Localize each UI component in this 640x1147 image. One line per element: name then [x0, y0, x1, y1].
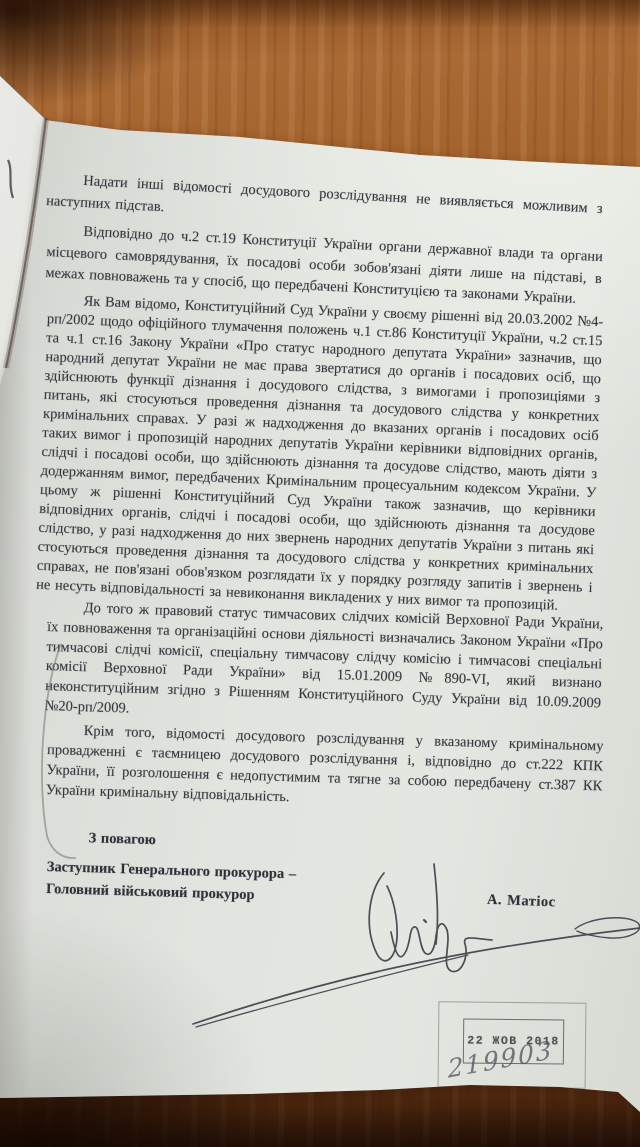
signer-name: А. Матіос [487, 889, 556, 914]
page-photo: { "document": { "paragraphs": [ "Надати … [0, 0, 640, 1147]
document-page: Надати інші відомості досудового розслід… [0, 0, 640, 1147]
closing-block: З повагою Заступник Генерального прокуро… [46, 826, 604, 916]
paragraph-constitutional-court: Як Вам відомо, Конституційний Суд Україн… [36, 291, 604, 617]
paragraph-secrecy: Крім того, відомості досудового розсліду… [46, 720, 604, 816]
document-text: Надати інші відомості досудового розслід… [48, 168, 604, 900]
date-stamp: 22 ЖОВ 2018 219903 [438, 1001, 587, 1089]
document-page-wrapper: Надати інші відомості досудового розслід… [0, 0, 640, 1147]
paragraph-temporary-commissions: До того ж правовий статус тимчасових слі… [44, 598, 603, 734]
